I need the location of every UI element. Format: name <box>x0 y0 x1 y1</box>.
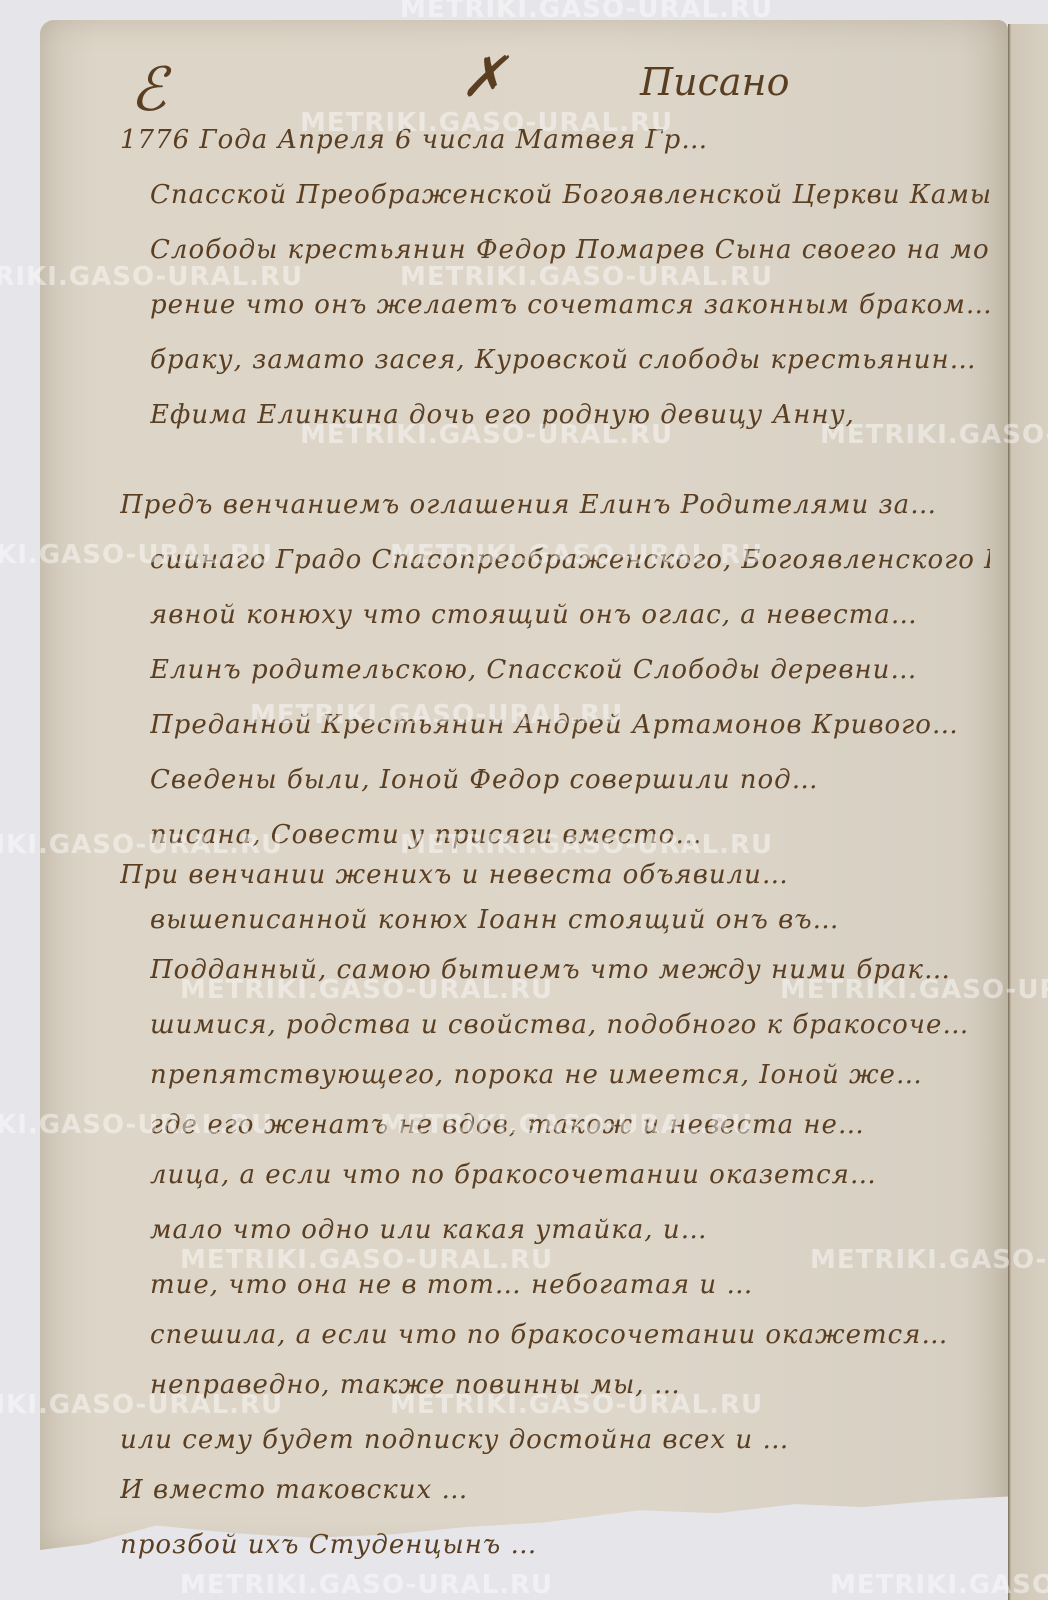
text-line: Предъ венчаниемъ оглашения Елинъ Родител… <box>120 490 960 520</box>
watermark: METRIKI.GASO-URAL.RU <box>390 540 763 570</box>
text-line: препятствующего, порока не имеется, Іоно… <box>150 1060 990 1090</box>
text-line: спешила, а если что по бракосочетании ок… <box>150 1320 990 1350</box>
watermark: METRIKI.GASO-URAL.RU <box>820 420 1048 450</box>
text-line: Сведены были, Іоной Федор совершили под… <box>150 765 990 795</box>
watermark: METRIKI.GASO-URAL.RU <box>0 262 303 292</box>
text-line: или сему будет подписку достойна всех и … <box>120 1425 960 1455</box>
watermark: METRIKI.GASO-URAL.RU <box>300 108 673 138</box>
text-line: лица, а если что по бракосочетании оказе… <box>150 1160 990 1190</box>
text-line: При венчании женихъ и невеста объявили… <box>120 860 960 890</box>
watermark: METRIKI.GASO-URAL.RU <box>390 1390 763 1420</box>
watermark: METRIKI.GASO-URAL.RU <box>300 420 673 450</box>
text-line: вышеписанной конюх Іоанн стоящий онъ въ… <box>150 905 990 935</box>
watermark: METRIKI.GASO-URAL.RU <box>780 975 1048 1005</box>
watermark: METRIKI.GASO-URAL.RU <box>0 830 283 860</box>
text-line: прозбой ихъ Студенцынъ … <box>120 1530 960 1560</box>
watermark: METRIKI.GASO-URAL.RU <box>180 975 553 1005</box>
watermark: METRIKI.GASO-URAL.RU <box>0 1390 283 1420</box>
watermark: METRIKI.GASO-URAL.RU <box>380 1110 753 1140</box>
text-line: явной конюху что стоящий онъ оглас, а не… <box>150 600 990 630</box>
watermark: METRIKI.GASO-URAL.RU <box>400 262 773 292</box>
text-line: Елинъ родительскою, Спасской Слободы дер… <box>150 655 990 685</box>
header-heading: Писано <box>640 60 789 104</box>
watermark: METRIKI.GASO-URAL.RU <box>810 1245 1048 1275</box>
text-line: мало что одно или какая утайка, и… <box>150 1215 990 1245</box>
watermark: METRIKI.GASO-URAL.RU <box>180 1570 553 1600</box>
text-line: шимися, родства и свойства, подобного к … <box>150 1010 990 1040</box>
adjacent-page-edge <box>1008 24 1048 1600</box>
watermark: METRIKI.GASO-URAL.RU <box>400 0 773 24</box>
cross-mark-icon: ✗ <box>460 45 507 110</box>
text-line: браку, замато засея, Куровской слободы к… <box>150 345 990 375</box>
watermark: METRIKI.GASO-URAL.RU <box>830 1570 1048 1600</box>
watermark: METRIKI.GASO-URAL.RU <box>250 700 623 730</box>
watermark: METRIKI.GASO-URAL.RU <box>0 540 273 570</box>
text-line: Слободы крестьянин Федор Помарев Сына св… <box>150 235 990 265</box>
watermark: METRIKI.GASO-URAL.RU <box>400 830 773 860</box>
text-line: И вместо таковских … <box>120 1475 960 1505</box>
text-line: рение что онъ желаетъ сочетатся законным… <box>150 290 990 320</box>
watermark: METRIKI.GASO-URAL.RU <box>0 1110 273 1140</box>
watermark: METRIKI.GASO-URAL.RU <box>180 1245 553 1275</box>
text-line: Спасской Преображенской Богоявленской Це… <box>150 180 990 210</box>
header-flourish: ℰ <box>130 55 166 125</box>
